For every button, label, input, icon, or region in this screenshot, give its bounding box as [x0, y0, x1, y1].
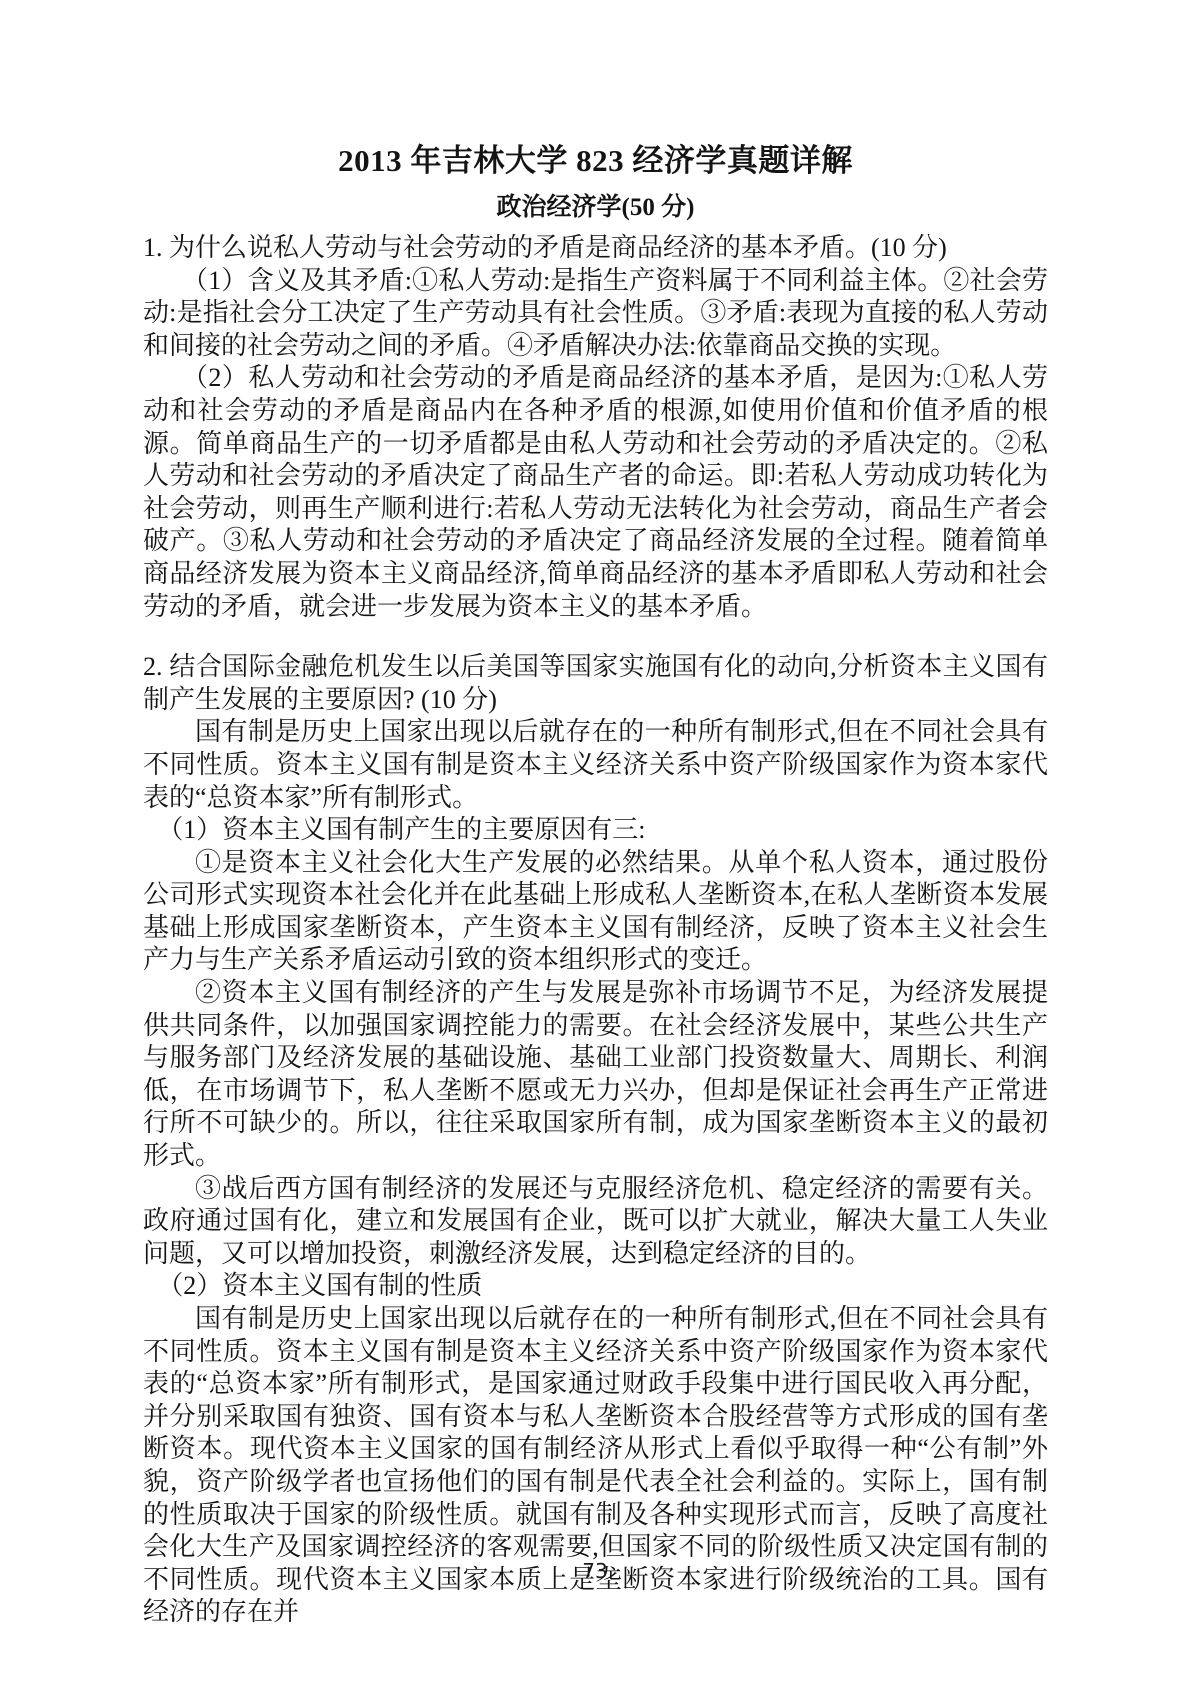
page-content: 2013 年吉林大学 823 经济学真题详解 政治经济学(50 分) 1. 为什…	[143, 140, 1048, 1629]
section-heading: 政治经济学(50 分)	[143, 192, 1048, 224]
question-2-block: 2. 结合国际金融危机发生以后美国等国家实施国有化的动向,分析资本主义国有制产生…	[143, 651, 1048, 1629]
q2-reasons-heading: （1）资本主义国有制产生的主要原因有三:	[143, 814, 1048, 847]
question-2-text: 2. 结合国际金融危机发生以后美国等国家实施国有化的动向,分析资本主义国有制产生…	[143, 651, 1048, 716]
q2-reason-1-paragraph: ①是资本主义社会化大生产发展的必然结果。从单个私人资本，通过股份公司形式实现资本…	[143, 847, 1048, 977]
question-1-block: 1. 为什么说私人劳动与社会劳动的矛盾是商品经济的基本矛盾。(10 分) （1）…	[143, 232, 1048, 623]
document-page: 2013 年吉林大学 823 经济学真题详解 政治经济学(50 分) 1. 为什…	[0, 0, 1190, 1683]
q1-answer-paragraph-1: （1）含义及其矛盾:①私人劳动:是指生产资料属于不同利益主体。②社会劳动:是指社…	[143, 265, 1048, 363]
q2-nature-heading: （2）资本主义国有制的性质	[143, 1270, 1048, 1303]
page-number: 73	[0, 1559, 1190, 1583]
document-title: 2013 年吉林大学 823 经济学真题详解	[143, 140, 1048, 182]
q1-answer-paragraph-2: （2）私人劳动和社会劳动的矛盾是商品经济的基本矛盾，是因为:①私人劳动和社会劳动…	[143, 362, 1048, 623]
q2-reason-3-paragraph: ③战后西方国有制经济的发展还与克服经济危机、稳定经济的需要有关。政府通过国有化，…	[143, 1173, 1048, 1271]
question-1-text: 1. 为什么说私人劳动与社会劳动的矛盾是商品经济的基本矛盾。(10 分)	[143, 232, 1048, 265]
q2-reason-2-paragraph: ②资本主义国有制经济的产生与发展是弥补市场调节不足，为经济发展提供共同条件，以加…	[143, 977, 1048, 1173]
q2-intro-paragraph: 国有制是历史上国家出现以后就存在的一种所有制形式,但在不同社会具有不同性质。资本…	[143, 716, 1048, 814]
